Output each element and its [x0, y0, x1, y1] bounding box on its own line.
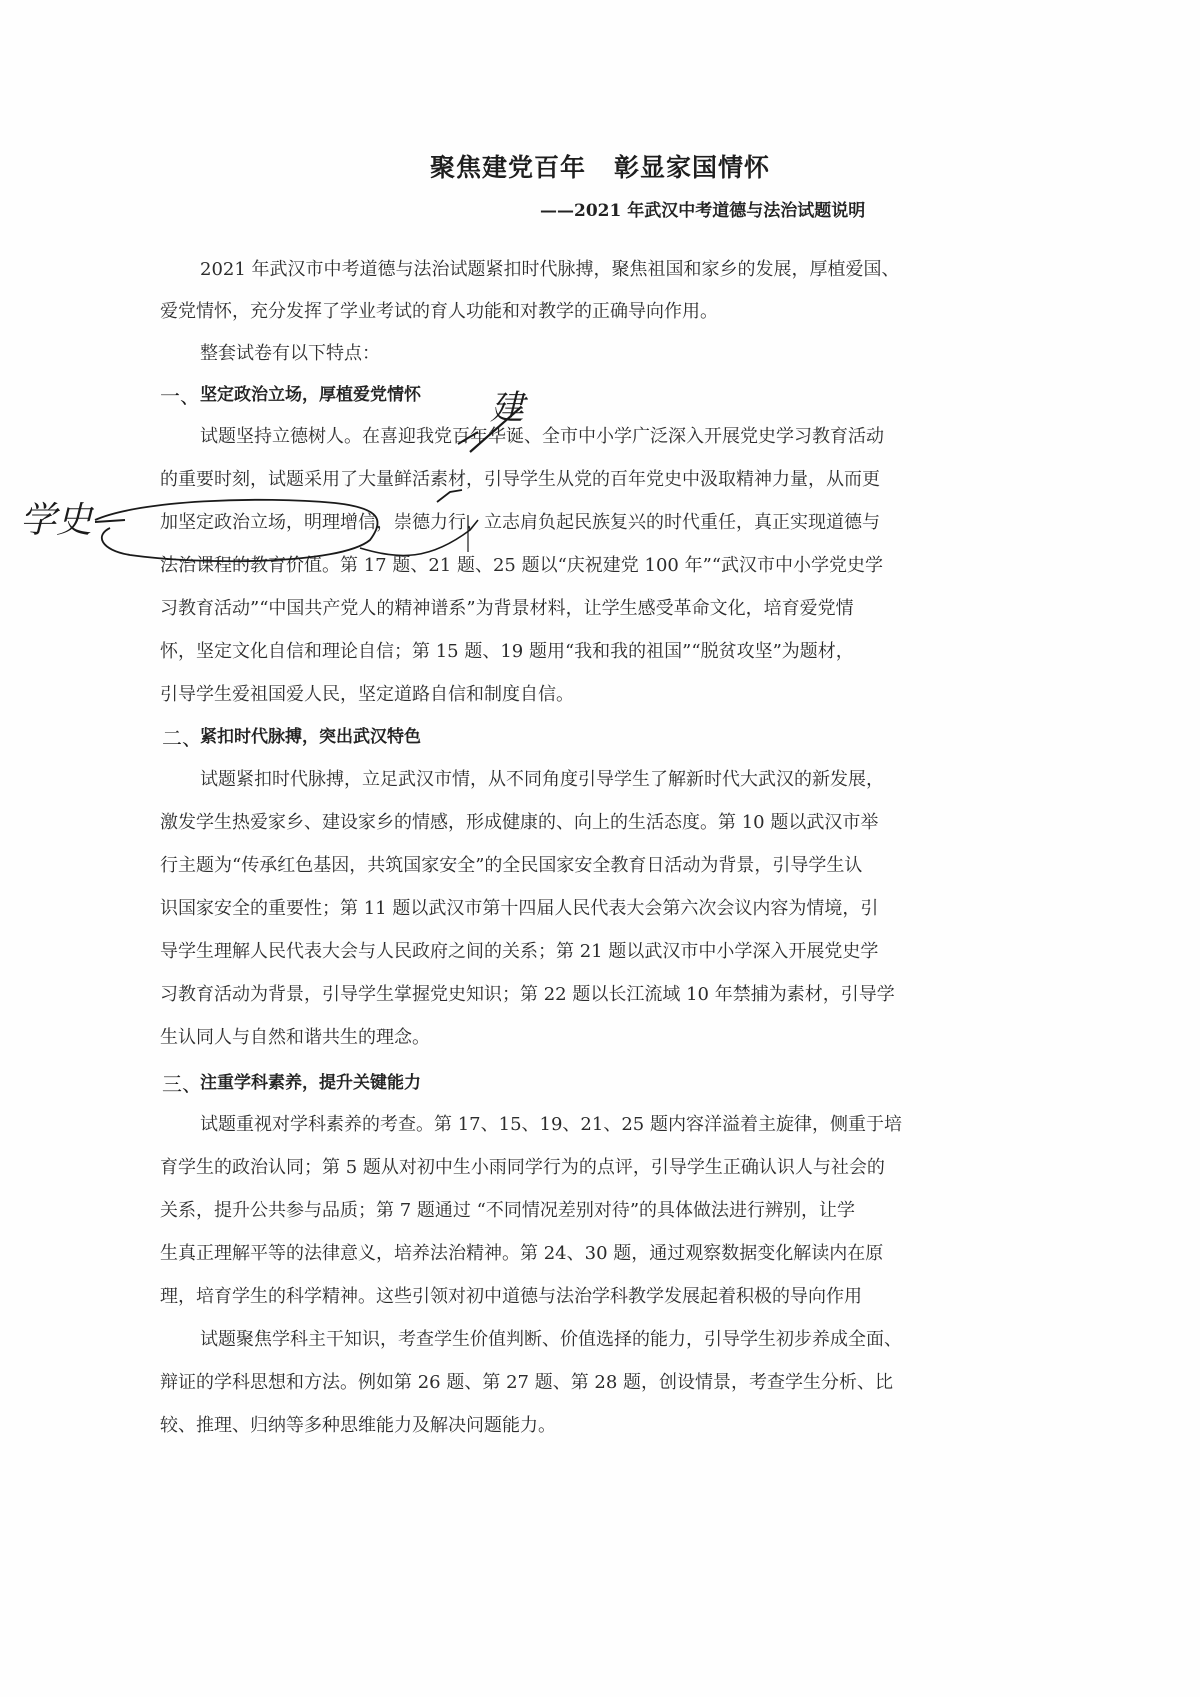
paragraph-line: 生认同人与自然和谐共生的理念。 [160, 1026, 430, 1050]
paragraph-line: 习教育活动”“中国共产党人的精神谱系”为背景材料，让学生感受革命文化，培育爱党情 [160, 597, 854, 621]
handwritten-insert-word: 建 [490, 380, 524, 429]
paragraph-line: 试题重视对学科素养的考查。第 17、15、19、21、25 题内容洋溢着主旋律，… [200, 1113, 902, 1137]
paragraph-line: 理，培育学生的科学精神。这些引领对初中道德与法治学科教学发展起着积极的导向作用 [160, 1285, 862, 1309]
paragraph-line: 较、推理、归纳等多种思维能力及解决问题能力。 [160, 1414, 556, 1438]
title-part-1: 聚焦建党百年 [430, 153, 586, 182]
paragraph-line: 法治课程的教育价值。第 17 题、21 题、25 题以“庆祝建党 100 年”“… [160, 554, 883, 578]
paragraph-line: 试题坚持立德树人。在喜迎我党百年华诞、全市中小学广泛深入开展党史学习教育活动 [200, 425, 884, 449]
paragraph-line: 引导学生爱祖国爱人民，坚定道路自信和制度自信。 [160, 683, 574, 707]
paragraph-line: 试题聚焦学科主干知识，考查学生价值判断、价值选择的能力，引导学生初步养成全面、 [200, 1328, 902, 1352]
paragraph-line: 育学生的政治认同；第 5 题从对初中生小雨同学行为的点评，引导学生正确认识人与社… [160, 1156, 885, 1180]
section-heading-2: 紧扣时代脉搏，突出武汉特色 [200, 725, 421, 749]
paragraph-line: 生真正理解平等的法律意义，培养法治精神。第 24、30 题，通过观察数据变化解读… [160, 1242, 883, 1266]
handwritten-section-number-2: 二、 [162, 722, 202, 751]
title-part-2: 彰显家国情怀 [614, 153, 770, 182]
document-title: 聚焦建党百年彰显家国情怀 [0, 148, 1200, 184]
intro-line: 2021 年武汉市中考道德与法治试题紧扣时代脉搏，聚焦祖国和家乡的发展，厚植爱国… [200, 258, 900, 282]
paragraph-line: 的重要时刻，试题采用了大量鲜活素材，引导学生从党的百年党史中汲取精神力量，从而更 [160, 468, 880, 492]
paragraph-line: 导学生理解人民代表大会与人民政府之间的关系；第 21 题以武汉市中小学深入开展党… [160, 940, 878, 964]
document-page: 聚焦建党百年彰显家国情怀 ——2021 年武汉中考道德与法治试题说明 2021 … [0, 0, 1200, 1697]
handwritten-margin-note: 学史 [20, 492, 92, 543]
document-subtitle: ——2021 年武汉中考道德与法治试题说明 [540, 196, 865, 221]
section-heading-1: 坚定政治立场，厚植爱党情怀 [200, 383, 421, 407]
paragraph-line: 行主题为“传承红色基因，共筑国家安全”的全民国家安全教育日活动为背景，引导学生认 [160, 854, 862, 878]
paragraph-line: 加坚定政治立场，明理增信，崇德力行，立志肩负起民族复兴的时代重任，真正实现道德与 [160, 511, 880, 535]
handwritten-section-number-3: 三、 [162, 1068, 202, 1097]
paragraph-line: 习教育活动为背景，引导学生掌握党史知识；第 22 题以长江流域 10 年禁捕为素… [160, 983, 895, 1007]
section-heading-3: 注重学科素养，提升关键能力 [200, 1071, 421, 1095]
paragraph-line: 怀，坚定文化自信和理论自信；第 15 题、19 题用“我和我的祖国”“脱贫攻坚”… [160, 640, 854, 664]
features-intro: 整套试卷有以下特点： [200, 342, 380, 366]
paragraph-line: 辩证的学科思想和方法。例如第 26 题、第 27 题、第 28 题，创设情景，考… [160, 1371, 893, 1395]
paragraph-line: 关系，提升公共参与品质；第 7 题通过 “不同情况差别对待”的具体做法进行辨别，… [160, 1199, 855, 1223]
paragraph-line: 识国家安全的重要性；第 11 题以武汉市第十四届人民代表大会第六次会议内容为情境… [160, 897, 878, 921]
handwriting-strokes-icon [0, 0, 1200, 1697]
handwritten-section-number-1: 一、 [160, 380, 200, 409]
paragraph-line: 试题紧扣时代脉搏，立足武汉市情，从不同角度引导学生了解新时代大武汉的新发展， [200, 768, 884, 792]
paragraph-line: 激发学生热爱家乡、建设家乡的情感，形成健康的、向上的生活态度。第 10 题以武汉… [160, 811, 878, 835]
intro-line: 爱党情怀，充分发挥了学业考试的育人功能和对教学的正确导向作用。 [160, 300, 718, 324]
